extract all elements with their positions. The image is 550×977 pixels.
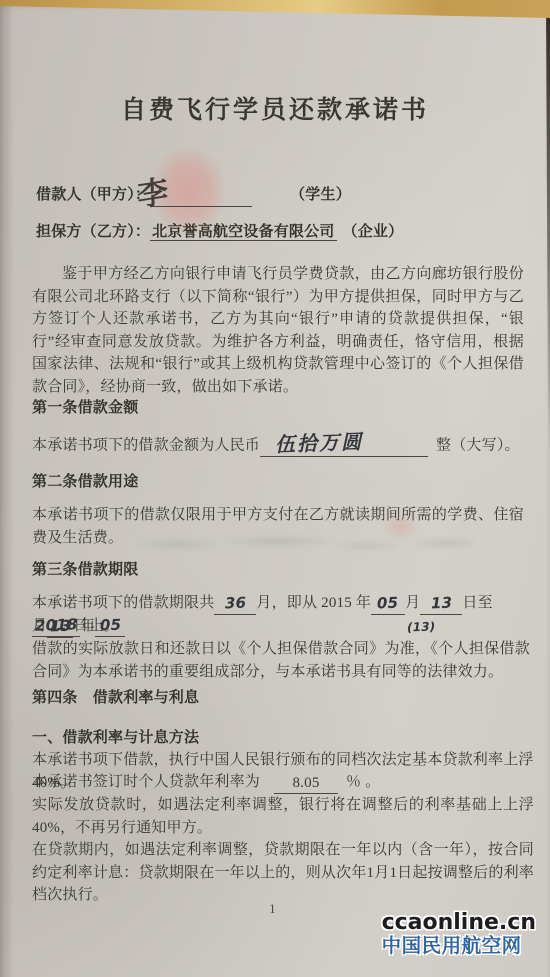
article1-amount-line: 本承诺书项下的借款金额为人民币伍拾万圆整（大写）。 <box>32 433 520 457</box>
term-months-handwritten: 36 <box>224 592 246 613</box>
term-mid3: 日至 <box>462 595 492 611</box>
amount-text-post: 整（大写）。 <box>436 438 520 454</box>
guarantor-name: 北京誉高航空设备有限公司 <box>150 224 336 241</box>
document-title: 自费飞行学员还款承诺书 <box>0 100 550 123</box>
article3-term-line2: 月13日止。 <box>32 615 119 638</box>
borrower-suffix: （学生） <box>290 187 351 203</box>
watermark-site-name: 中国民用航空网 <box>382 936 536 956</box>
day-correction-annotation: (13) <box>407 616 436 639</box>
article1-heading: 第一条借款金额 <box>32 397 138 420</box>
paper-right-edge-shadow <box>544 16 550 456</box>
borrower-signature-line <box>150 206 252 207</box>
ink-bleedthrough-smudge <box>138 528 473 558</box>
term-mid1: 月，即从 2015 年 <box>256 595 371 611</box>
amount-text-pre: 本承诺书项下的借款金额为人民币 <box>32 438 260 454</box>
rate-post: ％ 。 <box>346 774 380 790</box>
article2-heading: 第二条借款用途 <box>32 471 138 494</box>
article4-p3: 实际发放贷款时，如遇法定利率调整，银行将在调整后的利率基础上上浮40%，不再另行… <box>32 794 534 839</box>
amount-handwritten: 伍拾万圆 <box>275 431 364 454</box>
article3-heading: 第三条借款期限 <box>32 559 138 582</box>
guarantor-label: 担保方（乙方）： <box>36 224 150 240</box>
article4-sub1-heading: 一、借款利率与计息方法 <box>32 727 199 750</box>
term-mid2: 月 <box>405 595 420 611</box>
preamble-paragraph: 鉴于甲方经乙方向银行申请飞行员学费贷款，由乙方向廊坊银行股份有限公司北环路支行（… <box>32 263 524 398</box>
term2-pre: 月 <box>32 618 47 634</box>
faint-stamp-bleedthrough <box>382 514 418 540</box>
term-pre: 本承诺书项下的借款期限共 <box>32 595 214 611</box>
end-day-handwritten: 13 <box>49 615 71 636</box>
article3-body: 借款的实际放款日和还款日以《个人担保借款合同》为准，《个人担保借款合同》为本承诺… <box>32 638 530 683</box>
article4-rate-line: 本承诺书签订时个人贷款年利率为8.05％ 。 <box>32 771 380 794</box>
guarantor-row: 担保方（乙方）：北京誉高航空设备有限公司（企业） <box>36 221 403 244</box>
rate-value: 8.05 <box>292 775 319 791</box>
amount-blank-line <box>378 456 428 457</box>
document-page: 自费飞行学员还款承诺书 李 借款人（甲方）：（学生） 担保方（乙方）：北京誉高航… <box>0 0 550 977</box>
start-day-handwritten: 13 <box>430 592 452 613</box>
guarantor-suffix: （企业） <box>343 224 404 240</box>
borrower-row: 借款人（甲方）：（学生） <box>36 184 351 207</box>
article4-p4: 在贷款期内，如遇法定利率调整，贷款期限在一年以内（含一年），按合同约定利率计息：… <box>32 839 534 907</box>
rate-blank: 8.05 <box>274 773 338 794</box>
article4-heading: 第四条 借款利率与利息 <box>32 687 199 710</box>
rate-pre: 本承诺书签订时个人贷款年利率为 <box>32 774 260 790</box>
paper-left-shadow <box>0 6 14 977</box>
borrower-label: 借款人（甲方）： <box>36 187 150 203</box>
start-month-handwritten: 05 <box>377 592 399 613</box>
term2-post: 日止。 <box>73 618 119 634</box>
watermark-url: ccaonline.cn <box>382 912 536 934</box>
site-watermark: ccaonline.cn 中国民用航空网 <box>382 912 536 956</box>
